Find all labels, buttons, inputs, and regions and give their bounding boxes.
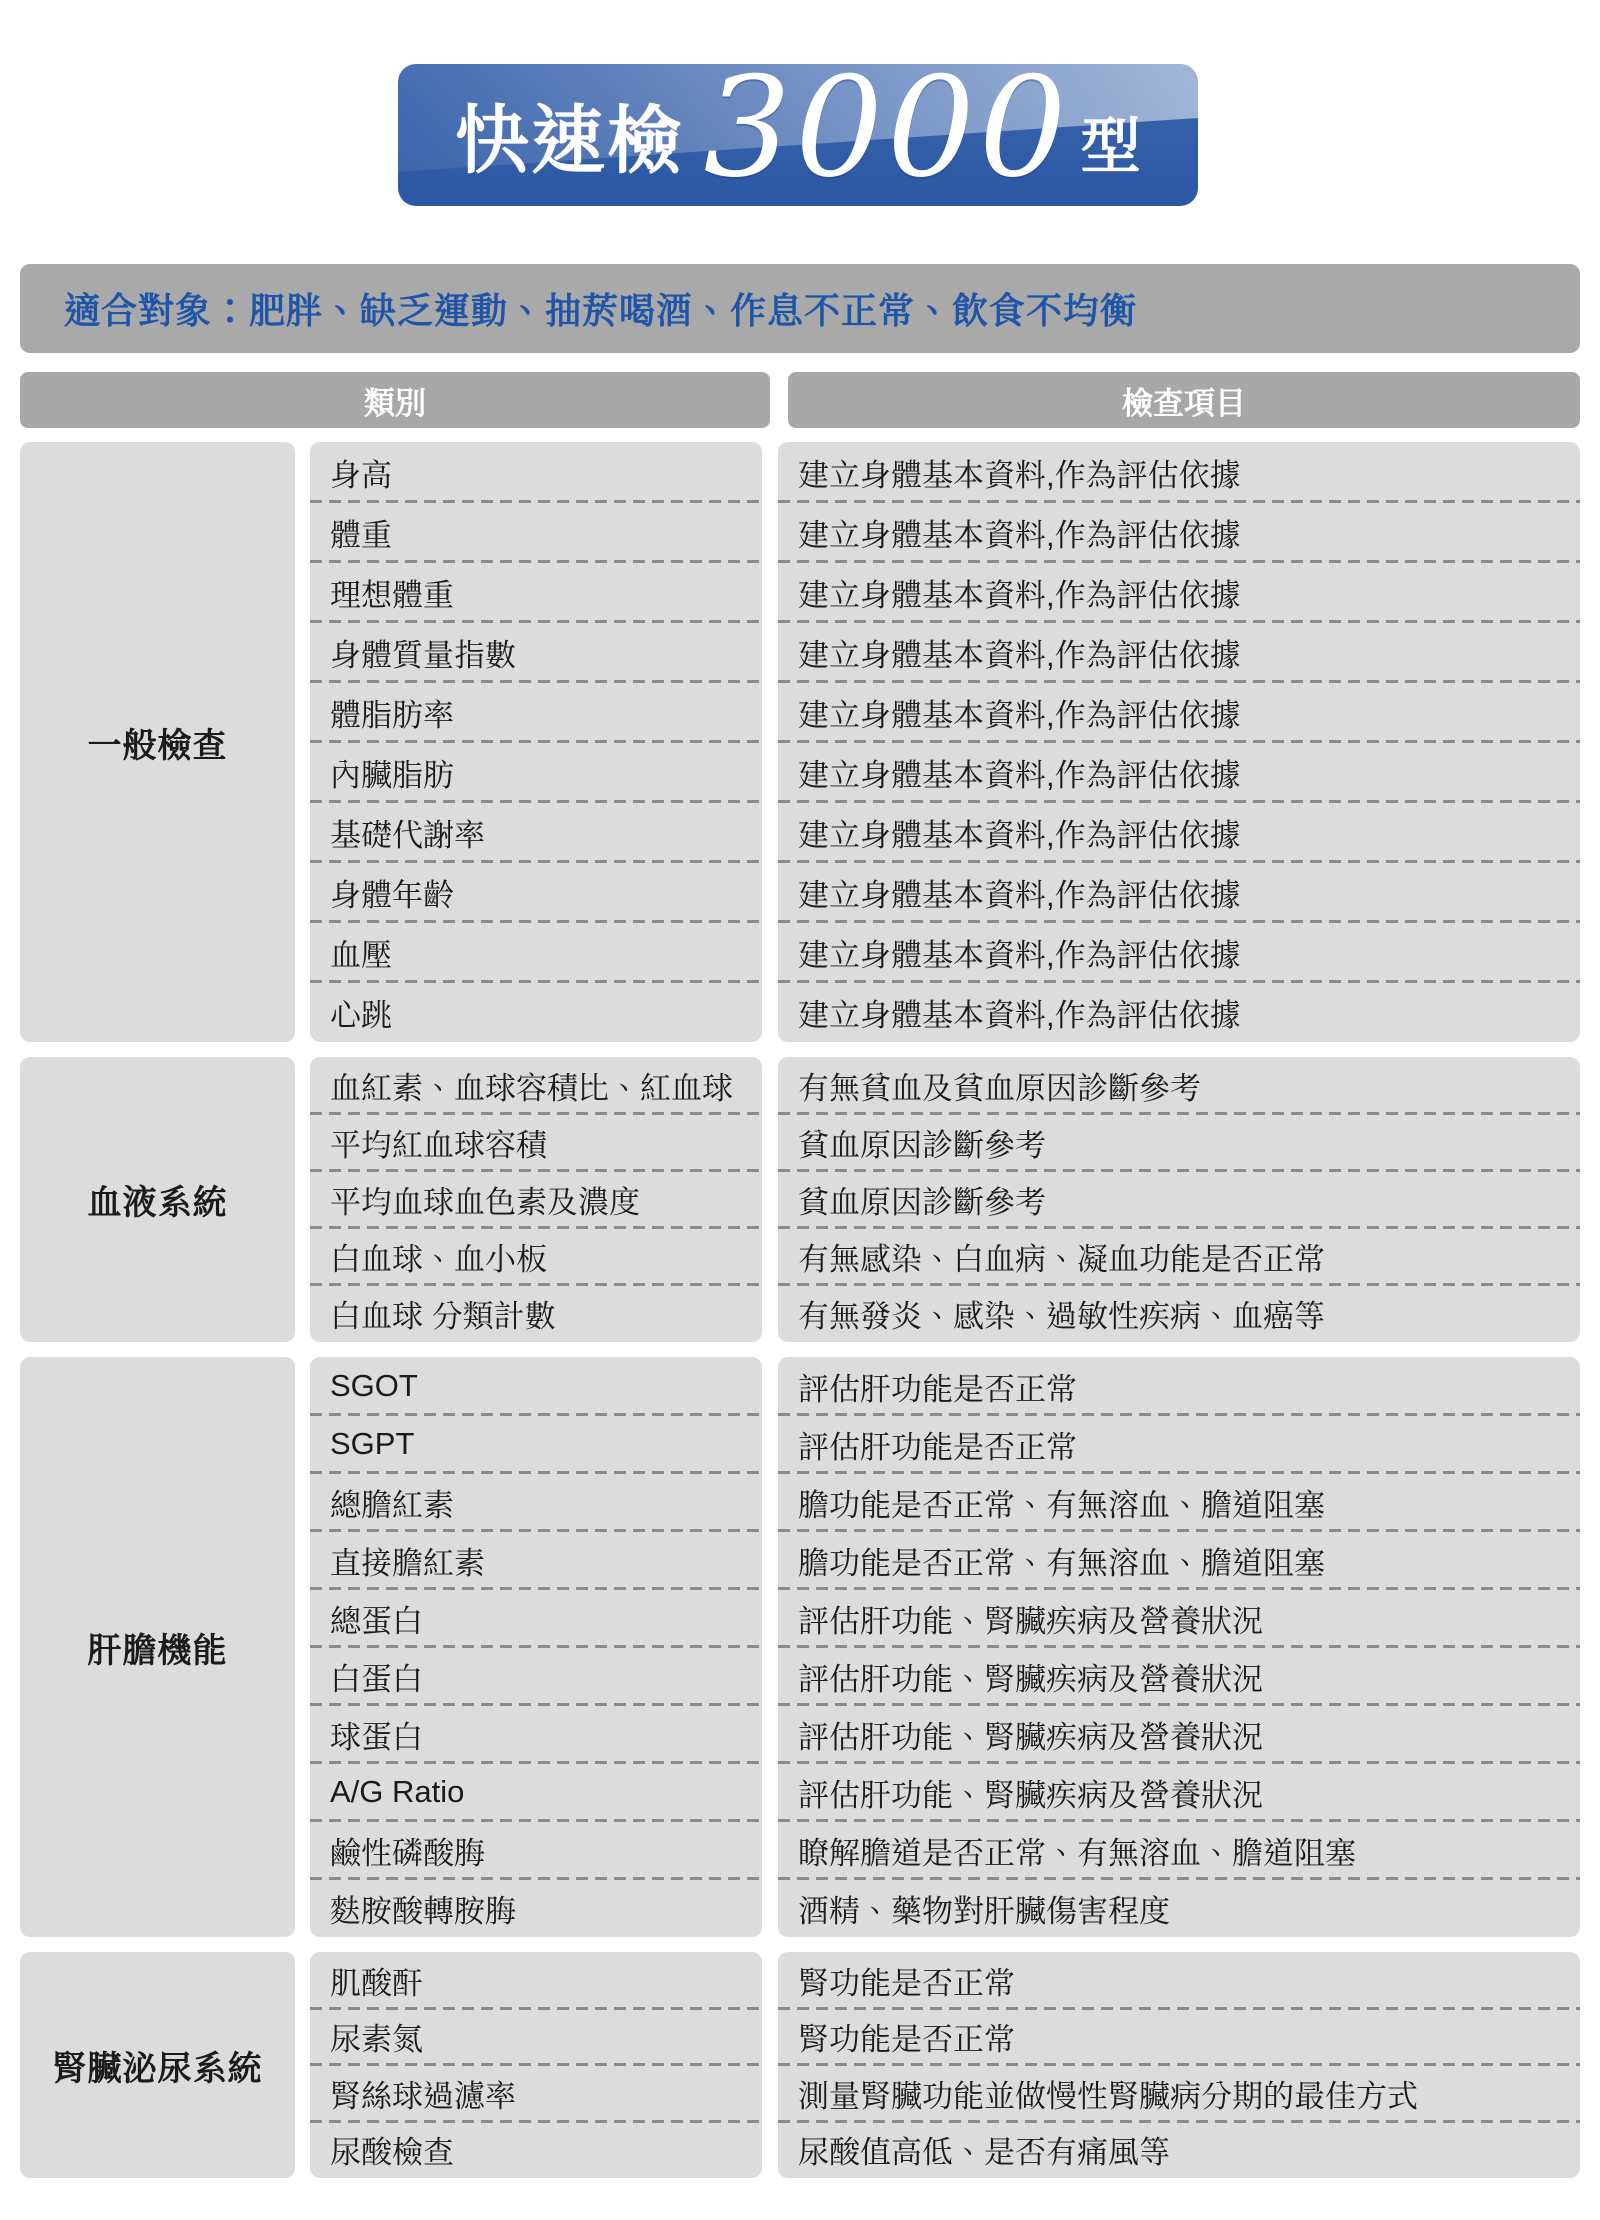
item-name: SGOT xyxy=(310,1357,762,1415)
table-section: 肝膽機能SGOTSGPT總膽紅素直接膽紅素總蛋白白蛋白球蛋白A/G Ratio鹼… xyxy=(20,1357,1580,1937)
items-column: 肌酸酐尿素氮腎絲球過濾率尿酸檢查 xyxy=(310,1952,762,2178)
item-description: 建立身體基本資料,作為評估依據 xyxy=(778,982,1580,1042)
item-name: 理想體重 xyxy=(310,562,762,622)
item-description: 建立身體基本資料,作為評估依據 xyxy=(778,682,1580,742)
descriptions-column: 有無貧血及貧血原因診斷參考貧血原因診斷參考貧血原因診斷參考有無感染、白血病、凝血… xyxy=(778,1057,1580,1342)
item-description: 腎功能是否正常 xyxy=(778,1952,1580,2009)
column-header-category: 類別 xyxy=(20,372,770,428)
item-description: 建立身體基本資料,作為評估依據 xyxy=(778,862,1580,922)
table-body: 一般檢查身高體重理想體重身體質量指數體脂肪率內臟脂肪基礎代謝率身體年齡血壓心跳建… xyxy=(20,442,1580,2178)
item-description: 建立身體基本資料,作為評估依據 xyxy=(778,622,1580,682)
item-description: 評估肝功能、腎臟疾病及營養狀況 xyxy=(778,1763,1580,1821)
item-description: 酒精、藥物對肝臟傷害程度 xyxy=(778,1879,1580,1937)
items-column: 身高體重理想體重身體質量指數體脂肪率內臟脂肪基礎代謝率身體年齡血壓心跳 xyxy=(310,442,762,1042)
item-description: 有無發炎、感染、過敏性疾病、血癌等 xyxy=(778,1285,1580,1342)
item-name: 腎絲球過濾率 xyxy=(310,2065,762,2122)
item-name: SGPT xyxy=(310,1415,762,1473)
category-label: 血液系統 xyxy=(20,1057,295,1342)
item-name: 尿酸檢查 xyxy=(310,2122,762,2179)
table-section: 血液系統血紅素、血球容積比、紅血球平均紅血球容積平均血球血色素及濃度白血球、血小… xyxy=(20,1057,1580,1342)
item-name: 體重 xyxy=(310,502,762,562)
item-name: 球蛋白 xyxy=(310,1705,762,1763)
title-suffix: 型 xyxy=(1081,99,1141,185)
title-banner: 快速檢 3000 型 xyxy=(398,64,1198,206)
item-name: 白血球 分類計數 xyxy=(310,1285,762,1342)
title-number: 3000 xyxy=(703,64,1070,197)
item-description: 評估肝功能是否正常 xyxy=(778,1357,1580,1415)
item-name: 肌酸酐 xyxy=(310,1952,762,2009)
table-section: 腎臟泌尿系統肌酸酐尿素氮腎絲球過濾率尿酸檢查腎功能是否正常腎功能是否正常測量腎臟… xyxy=(20,1952,1580,2178)
item-name: 總膽紅素 xyxy=(310,1473,762,1531)
descriptions-column: 腎功能是否正常腎功能是否正常測量腎臟功能並做慢性腎臟病分期的最佳方式尿酸值高低、… xyxy=(778,1952,1580,2178)
item-name: 麩胺酸轉胺脢 xyxy=(310,1879,762,1937)
audience-text: 適合對象：肥胖、缺乏運動、抽菸喝酒、作息不正常、飲食不均衡 xyxy=(64,283,1137,334)
category-label: 肝膽機能 xyxy=(20,1357,295,1937)
column-header-check-items: 檢查項目 xyxy=(788,372,1580,428)
item-description: 測量腎臟功能並做慢性腎臟病分期的最佳方式 xyxy=(778,2065,1580,2122)
category-label: 腎臟泌尿系統 xyxy=(20,1952,295,2178)
category-label: 一般檢查 xyxy=(20,442,295,1042)
item-description: 腎功能是否正常 xyxy=(778,2009,1580,2066)
item-description: 尿酸值高低、是否有痛風等 xyxy=(778,2122,1580,2179)
item-description: 建立身體基本資料,作為評估依據 xyxy=(778,562,1580,622)
title-prefix: 快速檢 xyxy=(455,82,683,188)
page: 快速檢 3000 型 適合對象：肥胖、缺乏運動、抽菸喝酒、作息不正常、飲食不均衡… xyxy=(0,0,1600,2220)
items-column: SGOTSGPT總膽紅素直接膽紅素總蛋白白蛋白球蛋白A/G Ratio鹼性磷酸脢… xyxy=(310,1357,762,1937)
item-name: 體脂肪率 xyxy=(310,682,762,742)
item-description: 建立身體基本資料,作為評估依據 xyxy=(778,802,1580,862)
table-header-row: 類別 檢查項目 xyxy=(20,372,1580,428)
item-name: 白蛋白 xyxy=(310,1647,762,1705)
item-name: 心跳 xyxy=(310,982,762,1042)
item-description: 評估肝功能是否正常 xyxy=(778,1415,1580,1473)
item-description: 評估肝功能、腎臟疾病及營養狀況 xyxy=(778,1705,1580,1763)
item-description: 貧血原因診斷參考 xyxy=(778,1171,1580,1228)
item-name: 直接膽紅素 xyxy=(310,1531,762,1589)
item-description: 貧血原因診斷參考 xyxy=(778,1114,1580,1171)
item-description: 瞭解膽道是否正常、有無溶血、膽道阻塞 xyxy=(778,1821,1580,1879)
item-description: 評估肝功能、腎臟疾病及營養狀況 xyxy=(778,1647,1580,1705)
item-description: 評估肝功能、腎臟疾病及營養狀況 xyxy=(778,1589,1580,1647)
item-name: 平均紅血球容積 xyxy=(310,1114,762,1171)
item-name: 身體質量指數 xyxy=(310,622,762,682)
item-name: 鹼性磷酸脢 xyxy=(310,1821,762,1879)
item-description: 膽功能是否正常、有無溶血、膽道阻塞 xyxy=(778,1473,1580,1531)
item-name: A/G Ratio xyxy=(310,1763,762,1821)
audience-bar: 適合對象：肥胖、缺乏運動、抽菸喝酒、作息不正常、飲食不均衡 xyxy=(20,264,1580,353)
item-name: 總蛋白 xyxy=(310,1589,762,1647)
item-name: 白血球、血小板 xyxy=(310,1228,762,1285)
item-description: 膽功能是否正常、有無溶血、膽道阻塞 xyxy=(778,1531,1580,1589)
items-column: 血紅素、血球容積比、紅血球平均紅血球容積平均血球血色素及濃度白血球、血小板白血球… xyxy=(310,1057,762,1342)
item-description: 建立身體基本資料,作為評估依據 xyxy=(778,922,1580,982)
item-description: 建立身體基本資料,作為評估依據 xyxy=(778,502,1580,562)
descriptions-column: 建立身體基本資料,作為評估依據建立身體基本資料,作為評估依據建立身體基本資料,作… xyxy=(778,442,1580,1042)
item-description: 有無感染、白血病、凝血功能是否正常 xyxy=(778,1228,1580,1285)
item-name: 血壓 xyxy=(310,922,762,982)
item-name: 基礎代謝率 xyxy=(310,802,762,862)
item-description: 建立身體基本資料,作為評估依據 xyxy=(778,442,1580,502)
descriptions-column: 評估肝功能是否正常評估肝功能是否正常膽功能是否正常、有無溶血、膽道阻塞膽功能是否… xyxy=(778,1357,1580,1937)
item-name: 平均血球血色素及濃度 xyxy=(310,1171,762,1228)
item-name: 身高 xyxy=(310,442,762,502)
item-name: 內臟脂肪 xyxy=(310,742,762,802)
item-name: 血紅素、血球容積比、紅血球 xyxy=(310,1057,762,1114)
item-name: 尿素氮 xyxy=(310,2009,762,2066)
item-description: 有無貧血及貧血原因診斷參考 xyxy=(778,1057,1580,1114)
item-name: 身體年齡 xyxy=(310,862,762,922)
table-section: 一般檢查身高體重理想體重身體質量指數體脂肪率內臟脂肪基礎代謝率身體年齡血壓心跳建… xyxy=(20,442,1580,1042)
item-description: 建立身體基本資料,作為評估依據 xyxy=(778,742,1580,802)
